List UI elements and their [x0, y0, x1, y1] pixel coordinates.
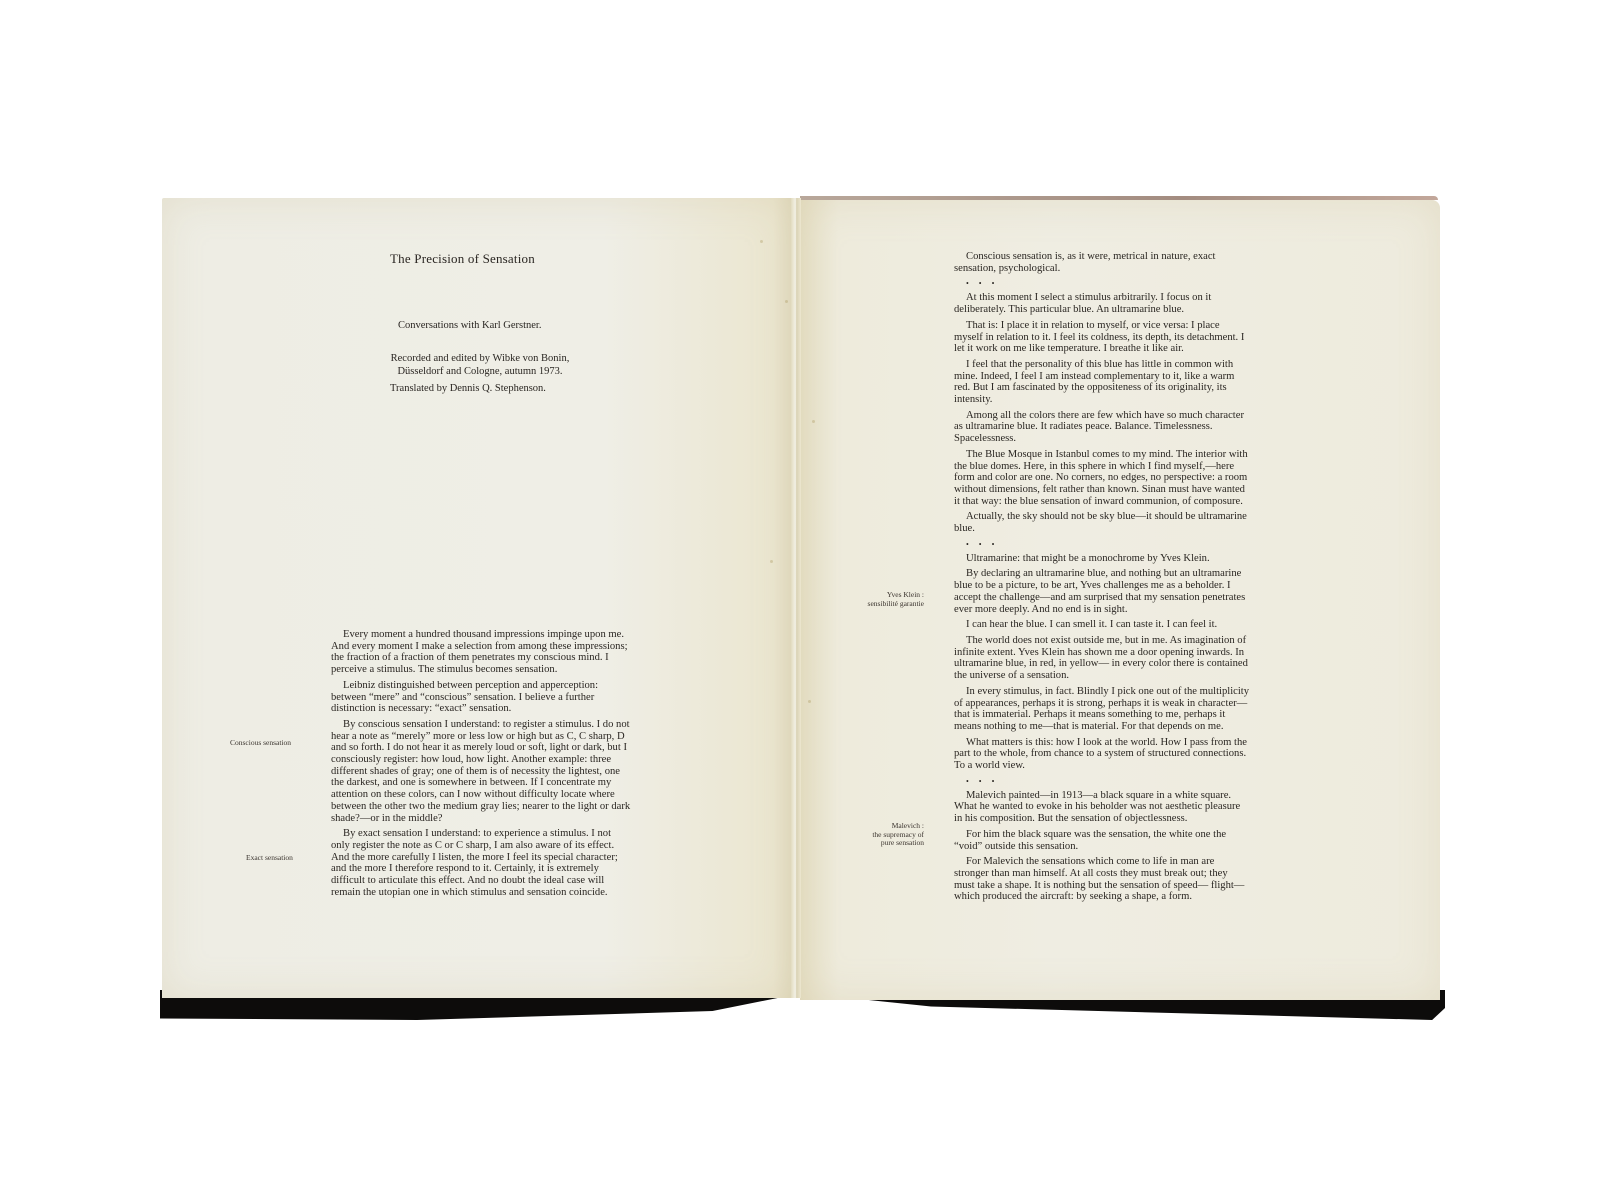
paragraph: In every stimulus, in fact. Blindly I pi…: [954, 686, 1250, 733]
margin-note-line: pure sensation: [840, 839, 924, 848]
paragraph: Ultramarine: that might be a monochrome …: [954, 553, 1250, 565]
margin-note-line: sensibilité garantie: [840, 600, 924, 609]
section-separator: • • •: [954, 776, 1250, 787]
paragraph: Every moment a hundred thousand impressi…: [331, 629, 631, 676]
paper-speck: [812, 420, 815, 423]
paragraph: For him the black square was the sensati…: [954, 829, 1250, 852]
paragraph: That is: I place it in relation to mysel…: [954, 320, 1250, 355]
paragraph: I feel that the personality of this blue…: [954, 359, 1250, 406]
margin-note-malevich: Malevich : the supremacy of pure sensati…: [840, 822, 924, 848]
credits-line: Recorded and edited by Wibke von Bonin,: [360, 352, 600, 365]
paragraph: The world does not exist outside me, but…: [954, 635, 1250, 682]
paragraph: By exact sensation I understand: to expe…: [331, 828, 631, 898]
paragraph: Conscious sensation is, as it were, metr…: [954, 251, 1250, 274]
book-gutter: [791, 198, 801, 998]
paper-speck: [760, 240, 763, 243]
section-separator: • • •: [954, 278, 1250, 289]
paragraph: For Malevich the sensations which come t…: [954, 856, 1250, 903]
paragraph: I can hear the blue. I can smell it. I c…: [954, 619, 1250, 631]
paper-speck: [808, 700, 811, 703]
paragraph: What matters is this: how I look at the …: [954, 737, 1250, 772]
margin-note-exact-sensation: Exact sensation: [246, 854, 293, 863]
right-body-text: Conscious sensation is, as it were, metr…: [954, 251, 1250, 907]
page-title: The Precision of Sensation: [390, 251, 535, 267]
paragraph: Malevich painted—in 1913—a black square …: [954, 790, 1250, 825]
subtitle: Conversations with Karl Gerstner.: [398, 320, 541, 331]
credits: Recorded and edited by Wibke von Bonin, …: [360, 352, 600, 378]
page-top-edge: [800, 196, 1438, 200]
paragraph: The Blue Mosque in Istanbul comes to my …: [954, 449, 1250, 508]
paper-speck: [770, 560, 773, 563]
paragraph: Actually, the sky should not be sky blue…: [954, 511, 1250, 534]
left-body-text: Every moment a hundred thousand impressi…: [331, 629, 631, 902]
section-separator: • • •: [954, 539, 1250, 550]
paragraph: Among all the colors there are few which…: [954, 410, 1250, 445]
paper-speck: [785, 300, 788, 303]
paragraph: By conscious sensation I understand: to …: [331, 719, 631, 824]
paragraph: By declaring an ultramarine blue, and no…: [954, 568, 1250, 615]
translator-credit: Translated by Dennis Q. Stephenson.: [390, 383, 546, 394]
credits-line: Düsseldorf and Cologne, autumn 1973.: [360, 365, 600, 378]
margin-note-yves-klein: Yves Klein : sensibilité garantie: [840, 591, 924, 608]
paragraph: At this moment I select a stimulus arbit…: [954, 292, 1250, 315]
paragraph: Leibniz distinguished between perception…: [331, 680, 631, 715]
margin-note-conscious-sensation: Conscious sensation: [230, 739, 291, 748]
